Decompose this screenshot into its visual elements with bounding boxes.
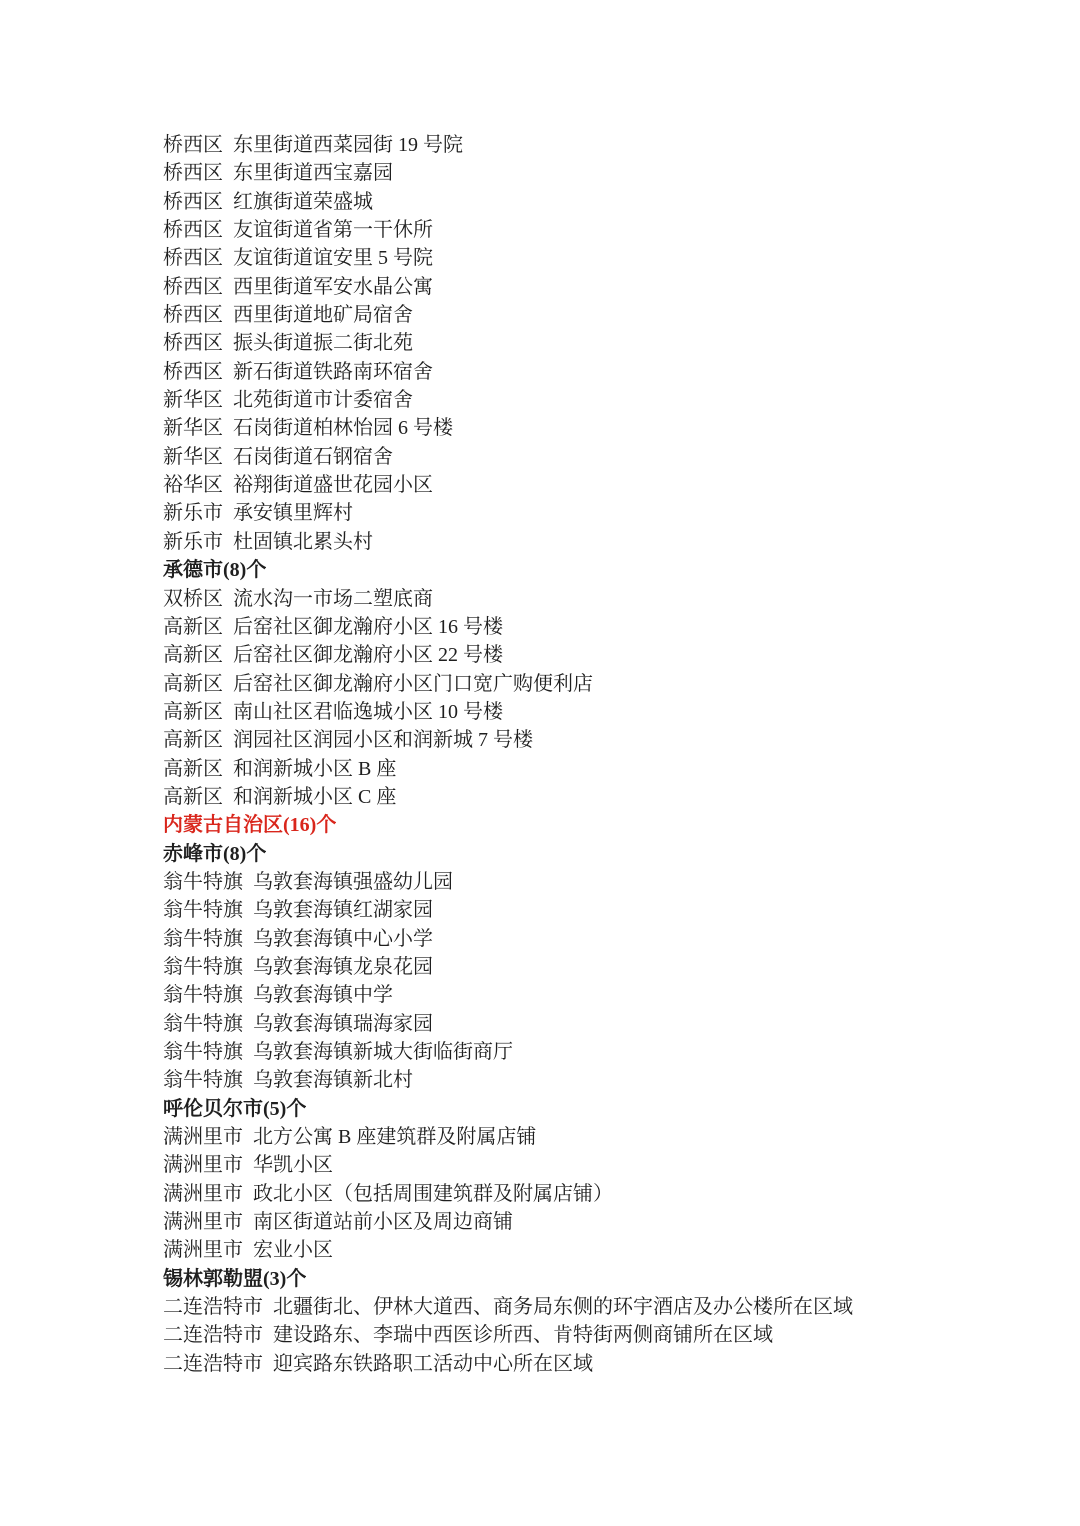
location-label: 后窑社区御龙瀚府小区门口宽广购便利店 <box>233 673 593 695</box>
list-item: 新乐市承安镇里辉村 <box>163 499 853 527</box>
list-item: 翁牛特旗乌敦套海镇瑞海家园 <box>163 1010 853 1038</box>
list-item: 桥西区新石街道铁路南环宿舍 <box>163 358 853 386</box>
district-label: 翁牛特旗 <box>163 1013 243 1035</box>
district-label: 二连浩特市 <box>163 1353 263 1375</box>
location-label: 乌敦套海镇瑞海家园 <box>253 1013 433 1035</box>
list-item: 翁牛特旗乌敦套海镇中心小学 <box>163 925 853 953</box>
list-item: 桥西区振头街道振二街北苑 <box>163 329 853 357</box>
location-label: 振头街道振二街北苑 <box>233 332 413 354</box>
district-label: 高新区 <box>163 758 223 780</box>
location-label: 石岗街道柏林怡园 6 号楼 <box>233 417 453 439</box>
district-label: 新华区 <box>163 446 223 468</box>
list-item: 翁牛特旗乌敦套海镇强盛幼儿园 <box>163 868 853 896</box>
district-label: 桥西区 <box>163 134 223 156</box>
location-label: 流水沟一市场二塑底商 <box>233 588 433 610</box>
district-label: 桥西区 <box>163 276 223 298</box>
list-item: 翁牛特旗乌敦套海镇红湖家园 <box>163 896 853 924</box>
location-label: 乌敦套海镇中学 <box>253 984 393 1006</box>
district-label: 桥西区 <box>163 219 223 241</box>
district-label: 高新区 <box>163 701 223 723</box>
location-label: 建设路东、李瑞中西医诊所西、肯特街两侧商铺所在区域 <box>273 1324 773 1346</box>
location-label: 石岗街道石钢宿舍 <box>233 446 393 468</box>
list-item: 新华区石岗街道柏林怡园 6 号楼 <box>163 414 853 442</box>
list-item: 桥西区西里街道军安水晶公寓 <box>163 273 853 301</box>
district-label: 满洲里市 <box>163 1239 243 1261</box>
list-item: 二连浩特市北疆街北、伊林大道西、商务局东侧的环宇酒店及办公楼所在区域 <box>163 1293 853 1321</box>
list-item: 桥西区东里街道西菜园街 19 号院 <box>163 131 853 159</box>
district-label: 二连浩特市 <box>163 1296 263 1318</box>
city-header: 赤峰市(8)个 <box>163 840 853 868</box>
location-label: 南山社区君临逸城小区 10 号楼 <box>233 701 503 723</box>
district-label: 翁牛特旗 <box>163 956 243 978</box>
district-label: 翁牛特旗 <box>163 871 243 893</box>
location-label: 裕翔街道盛世花园小区 <box>233 474 433 496</box>
document-lines: 桥西区东里街道西菜园街 19 号院桥西区东里街道西宝嘉园桥西区红旗街道荣盛城桥西… <box>163 131 853 1378</box>
list-item: 二连浩特市建设路东、李瑞中西医诊所西、肯特街两侧商铺所在区域 <box>163 1321 853 1349</box>
district-label: 新乐市 <box>163 502 223 524</box>
list-item: 高新区润园社区润园小区和润新城 7 号楼 <box>163 726 853 754</box>
list-item: 满洲里市华凯小区 <box>163 1151 853 1179</box>
district-label: 翁牛特旗 <box>163 928 243 950</box>
district-label: 高新区 <box>163 673 223 695</box>
location-label: 华凯小区 <box>253 1154 333 1176</box>
list-item: 桥西区友谊街道省第一干休所 <box>163 216 853 244</box>
city-header: 承德市(8)个 <box>163 556 853 584</box>
district-label: 翁牛特旗 <box>163 984 243 1006</box>
location-label: 东里街道西菜园街 19 号院 <box>233 134 463 156</box>
list-item: 高新区后窑社区御龙瀚府小区 16 号楼 <box>163 613 853 641</box>
district-label: 高新区 <box>163 644 223 666</box>
location-label: 东里街道西宝嘉园 <box>233 162 393 184</box>
list-item: 裕华区裕翔街道盛世花园小区 <box>163 471 853 499</box>
district-label: 新华区 <box>163 389 223 411</box>
list-item: 二连浩特市迎宾路东铁路职工活动中心所在区域 <box>163 1350 853 1378</box>
location-label: 西里街道地矿局宿舍 <box>233 304 413 326</box>
city-header: 锡林郭勒盟(3)个 <box>163 1265 853 1293</box>
district-label: 满洲里市 <box>163 1183 243 1205</box>
district-label: 翁牛特旗 <box>163 899 243 921</box>
location-label: 迎宾路东铁路职工活动中心所在区域 <box>273 1353 593 1375</box>
location-label: 乌敦套海镇红湖家园 <box>253 899 433 921</box>
list-item: 高新区和润新城小区 B 座 <box>163 755 853 783</box>
location-label: 润园社区润园小区和润新城 7 号楼 <box>233 729 533 751</box>
list-item: 翁牛特旗乌敦套海镇中学 <box>163 981 853 1009</box>
location-label: 宏业小区 <box>253 1239 333 1261</box>
district-label: 桥西区 <box>163 332 223 354</box>
location-label: 红旗街道荣盛城 <box>233 191 373 213</box>
location-label: 后窑社区御龙瀚府小区 16 号楼 <box>233 616 503 638</box>
list-item: 翁牛特旗乌敦套海镇龙泉花园 <box>163 953 853 981</box>
list-item: 新乐市杜固镇北累头村 <box>163 528 853 556</box>
district-label: 新华区 <box>163 417 223 439</box>
list-item: 满洲里市政北小区（包括周围建筑群及附属店铺） <box>163 1180 853 1208</box>
list-item: 高新区和润新城小区 C 座 <box>163 783 853 811</box>
district-label: 高新区 <box>163 729 223 751</box>
location-label: 和润新城小区 C 座 <box>233 786 396 808</box>
district-label: 桥西区 <box>163 191 223 213</box>
location-label: 政北小区（包括周围建筑群及附属店铺） <box>253 1183 613 1205</box>
city-header: 呼伦贝尔市(5)个 <box>163 1095 853 1123</box>
list-item: 桥西区友谊街道谊安里 5 号院 <box>163 244 853 272</box>
location-label: 乌敦套海镇龙泉花园 <box>253 956 433 978</box>
district-label: 桥西区 <box>163 361 223 383</box>
district-label: 桥西区 <box>163 247 223 269</box>
district-label: 新乐市 <box>163 531 223 553</box>
district-label: 翁牛特旗 <box>163 1041 243 1063</box>
district-label: 裕华区 <box>163 474 223 496</box>
location-label: 乌敦套海镇强盛幼儿园 <box>253 871 453 893</box>
list-item: 桥西区东里街道西宝嘉园 <box>163 159 853 187</box>
list-item: 满洲里市南区街道站前小区及周边商铺 <box>163 1208 853 1236</box>
district-label: 高新区 <box>163 786 223 808</box>
district-label: 二连浩特市 <box>163 1324 263 1346</box>
list-item: 双桥区流水沟一市场二塑底商 <box>163 585 853 613</box>
district-label: 桥西区 <box>163 304 223 326</box>
district-label: 满洲里市 <box>163 1154 243 1176</box>
list-item: 新华区石岗街道石钢宿舍 <box>163 443 853 471</box>
list-item: 满洲里市宏业小区 <box>163 1236 853 1264</box>
list-item: 高新区后窑社区御龙瀚府小区门口宽广购便利店 <box>163 670 853 698</box>
location-label: 和润新城小区 B 座 <box>233 758 396 780</box>
district-label: 桥西区 <box>163 162 223 184</box>
location-label: 乌敦套海镇新北村 <box>253 1069 413 1091</box>
location-label: 西里街道军安水晶公寓 <box>233 276 433 298</box>
list-item: 高新区南山社区君临逸城小区 10 号楼 <box>163 698 853 726</box>
district-label: 翁牛特旗 <box>163 1069 243 1091</box>
list-item: 新华区北苑街道市计委宿舍 <box>163 386 853 414</box>
district-label: 高新区 <box>163 616 223 638</box>
location-label: 杜固镇北累头村 <box>233 531 373 553</box>
list-item: 高新区后窑社区御龙瀚府小区 22 号楼 <box>163 641 853 669</box>
location-label: 承安镇里辉村 <box>233 502 353 524</box>
list-item: 桥西区西里街道地矿局宿舍 <box>163 301 853 329</box>
district-label: 双桥区 <box>163 588 223 610</box>
location-label: 北苑街道市计委宿舍 <box>233 389 413 411</box>
list-item: 桥西区红旗街道荣盛城 <box>163 188 853 216</box>
location-label: 北方公寓 B 座建筑群及附属店铺 <box>253 1126 536 1148</box>
list-item: 满洲里市北方公寓 B 座建筑群及附属店铺 <box>163 1123 853 1151</box>
location-label: 北疆街北、伊林大道西、商务局东侧的环宇酒店及办公楼所在区域 <box>273 1296 853 1318</box>
list-item: 翁牛特旗乌敦套海镇新北村 <box>163 1066 853 1094</box>
list-item: 翁牛特旗乌敦套海镇新城大街临街商厅 <box>163 1038 853 1066</box>
location-label: 友谊街道谊安里 5 号院 <box>233 247 433 269</box>
location-label: 新石街道铁路南环宿舍 <box>233 361 433 383</box>
district-label: 满洲里市 <box>163 1126 243 1148</box>
location-label: 乌敦套海镇中心小学 <box>253 928 433 950</box>
location-label: 乌敦套海镇新城大街临街商厅 <box>253 1041 513 1063</box>
district-label: 满洲里市 <box>163 1211 243 1233</box>
location-label: 友谊街道省第一干休所 <box>233 219 433 241</box>
province-header: 内蒙古自治区(16)个 <box>163 811 853 839</box>
location-label: 后窑社区御龙瀚府小区 22 号楼 <box>233 644 503 666</box>
location-label: 南区街道站前小区及周边商铺 <box>253 1211 513 1233</box>
